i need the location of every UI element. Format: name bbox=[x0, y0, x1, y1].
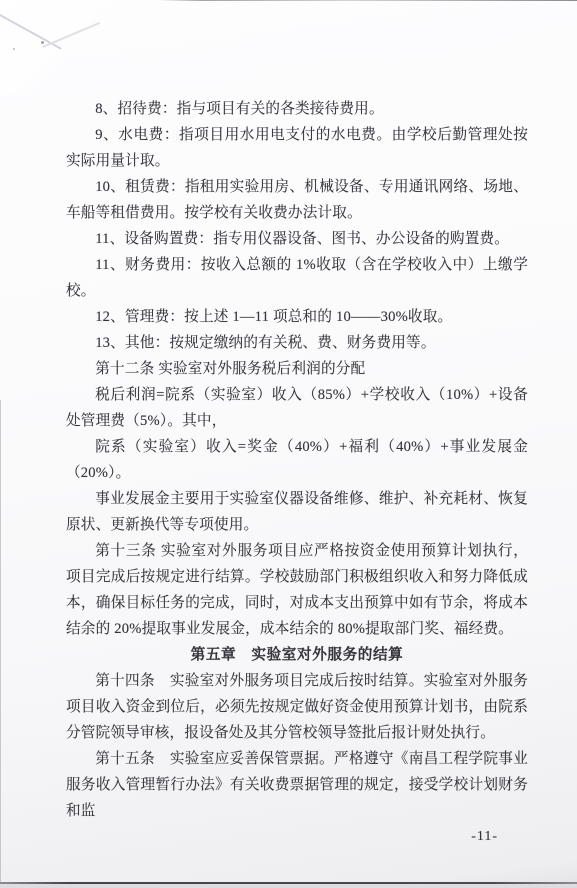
chapter-5-heading: 第五章 实验室对外服务的结算 bbox=[66, 642, 528, 668]
paragraph-department-income-formula: 院系（实验室）收入=奖金（40%）+福利（40%）+事业发展金（20%）。 bbox=[66, 434, 528, 486]
document-page: 8、招待费：指与项目有关的各类接待费用。 9、水电费：指项目用水用电支付的水电费… bbox=[0, 0, 577, 888]
scan-top-edge bbox=[160, 0, 577, 1]
paragraph-development-fund-usage: 事业发展金主要用于实验室仪器设备维修、维护、补充耗材、恢复原状、更新换代等专项使… bbox=[66, 486, 528, 538]
paragraph-profit-formula: 税后利润=院系（实验室）收入（85%）+学校收入（10%）+设备处管理费（5%）… bbox=[66, 382, 528, 434]
paragraph-item-11-equipment-purchase-fee: 11、设备购置费：指专用仪器设备、图书、办公设备的购置费。 bbox=[66, 226, 528, 252]
paragraph-article-13: 第十三条 实验室对外服务项目应严格按资金使用预算计划执行，项目完成后按规定进行结… bbox=[66, 538, 528, 642]
scan-left-edge bbox=[0, 400, 1, 888]
page-content: 8、招待费：指与项目有关的各类接待费用。 9、水电费：指项目用水用电支付的水电费… bbox=[66, 96, 528, 850]
paragraph-item-11-finance-fee: 11、财务费用：按收入总额的 1%收取（含在学校收入中）上缴学校。 bbox=[66, 252, 528, 304]
paragraph-article-15: 第十五条 实验室应妥善保管票据。严格遵守《南昌工程学院事业服务收入管理暂行办法》… bbox=[66, 746, 528, 824]
paragraph-item-8-entertainment-fee: 8、招待费：指与项目有关的各类接待费用。 bbox=[66, 96, 528, 122]
scan-bottom-margin bbox=[0, 884, 577, 888]
scan-speck bbox=[13, 48, 15, 50]
page-number: -11- bbox=[66, 824, 528, 850]
paragraph-article-12: 第十二条 实验室对外服务税后利润的分配 bbox=[66, 356, 528, 382]
paragraph-item-13-others: 13、其他：按规定缴纳的有关税、费、财务费用等。 bbox=[66, 330, 528, 356]
fold-shading bbox=[0, 0, 130, 95]
paragraph-item-9-utilities-fee: 9、水电费：指项目用水用电支付的水电费。由学校后勤管理处按实际用量计取。 bbox=[66, 122, 528, 174]
paragraph-item-10-rental-fee: 10、租赁费：指租用实验用房、机械设备、专用通讯网络、场地、车船等租借费用。按学… bbox=[66, 174, 528, 226]
scan-speck bbox=[41, 41, 44, 44]
paragraph-article-14: 第十四条 实验室对外服务项目完成后按时结算。实验室对外服务项目收入资金到位后，必… bbox=[66, 668, 528, 746]
paragraph-item-12-management-fee: 12、管理费：按上述 1—11 项总和的 10——30%收取。 bbox=[66, 304, 528, 330]
